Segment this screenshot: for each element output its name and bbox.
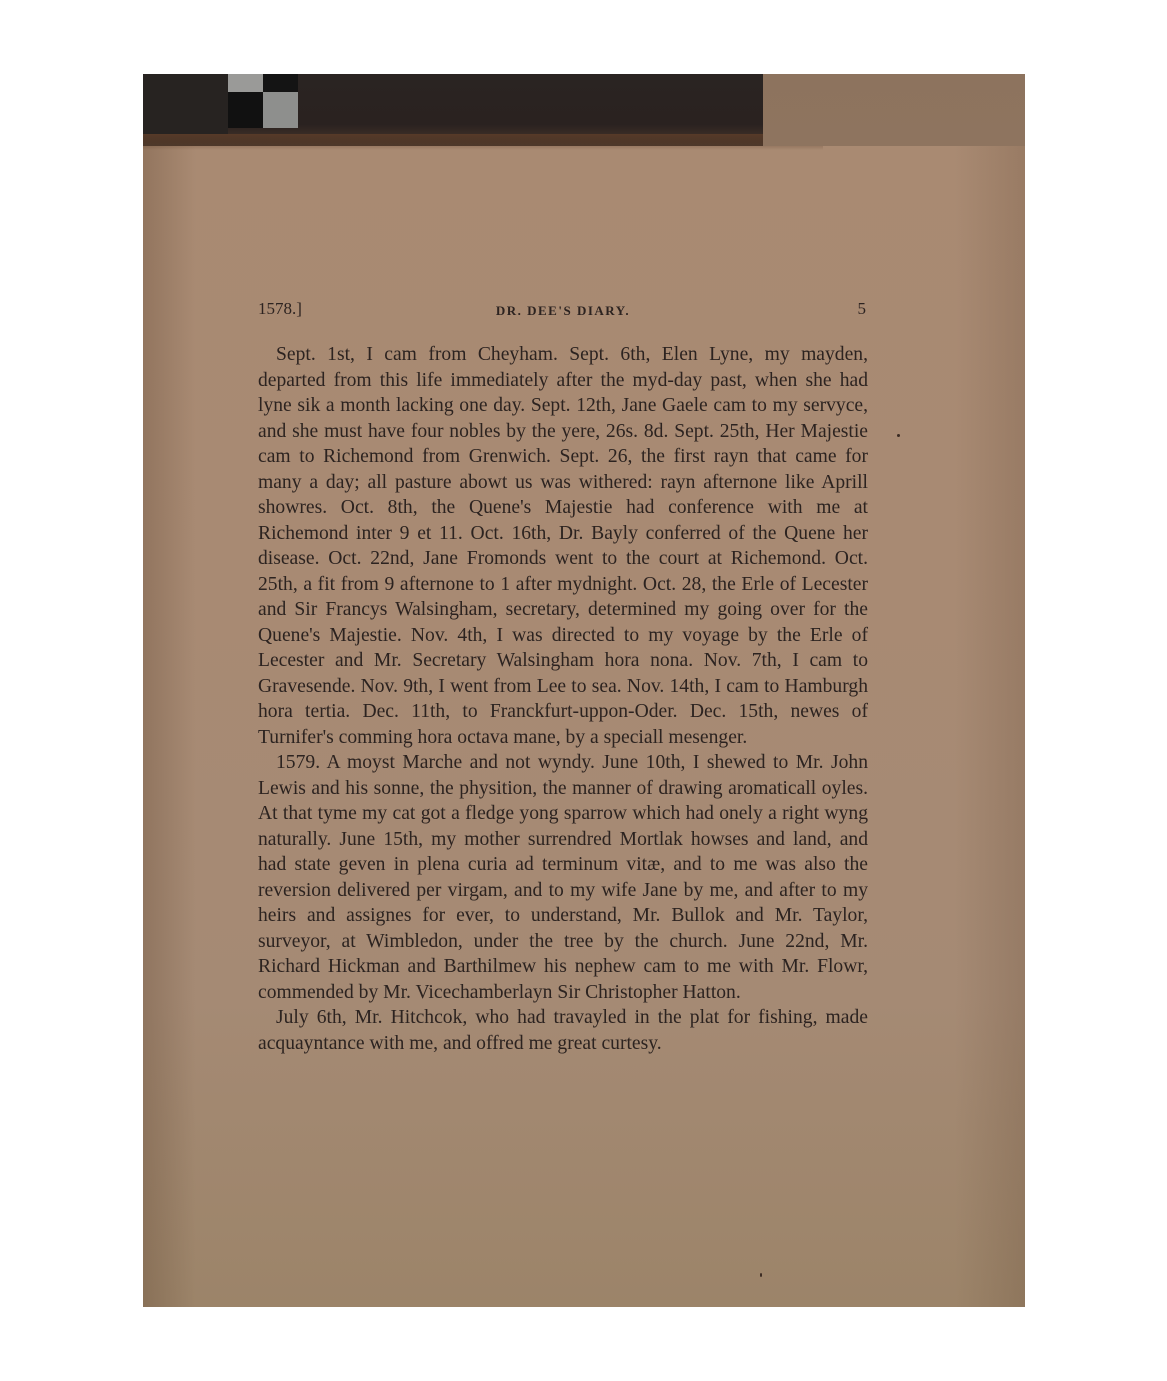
- page-body: 1578.] DR. DEE'S DIARY. 5 Sept. 1st, I c…: [258, 296, 868, 1056]
- color-target-black-square: [263, 74, 298, 92]
- paragraph: 1579. A moyst Marche and not wyndy. June…: [258, 750, 868, 1005]
- paragraph: July 6th, Mr. Hitchcok, who had travayle…: [258, 1005, 868, 1056]
- page-number: 5: [858, 296, 867, 322]
- color-target-black-square: [228, 92, 263, 128]
- page-top-edge-shadow: [143, 134, 823, 150]
- scanned-page: 1578.] DR. DEE'S DIARY. 5 Sept. 1st, I c…: [143, 74, 1025, 1307]
- running-head: 1578.] DR. DEE'S DIARY. 5: [258, 296, 868, 320]
- running-head-title: DR. DEE'S DIARY.: [258, 298, 868, 324]
- paper-speck: [760, 1273, 762, 1277]
- color-target-strip: [143, 74, 228, 134]
- paragraph: Sept. 1st, I cam from Cheyham. Sept. 6th…: [258, 342, 868, 750]
- color-target-gray-square: [263, 92, 298, 128]
- color-target-gray-square: [228, 74, 263, 92]
- paper-speck: [897, 434, 900, 437]
- page-flap: [763, 74, 1025, 146]
